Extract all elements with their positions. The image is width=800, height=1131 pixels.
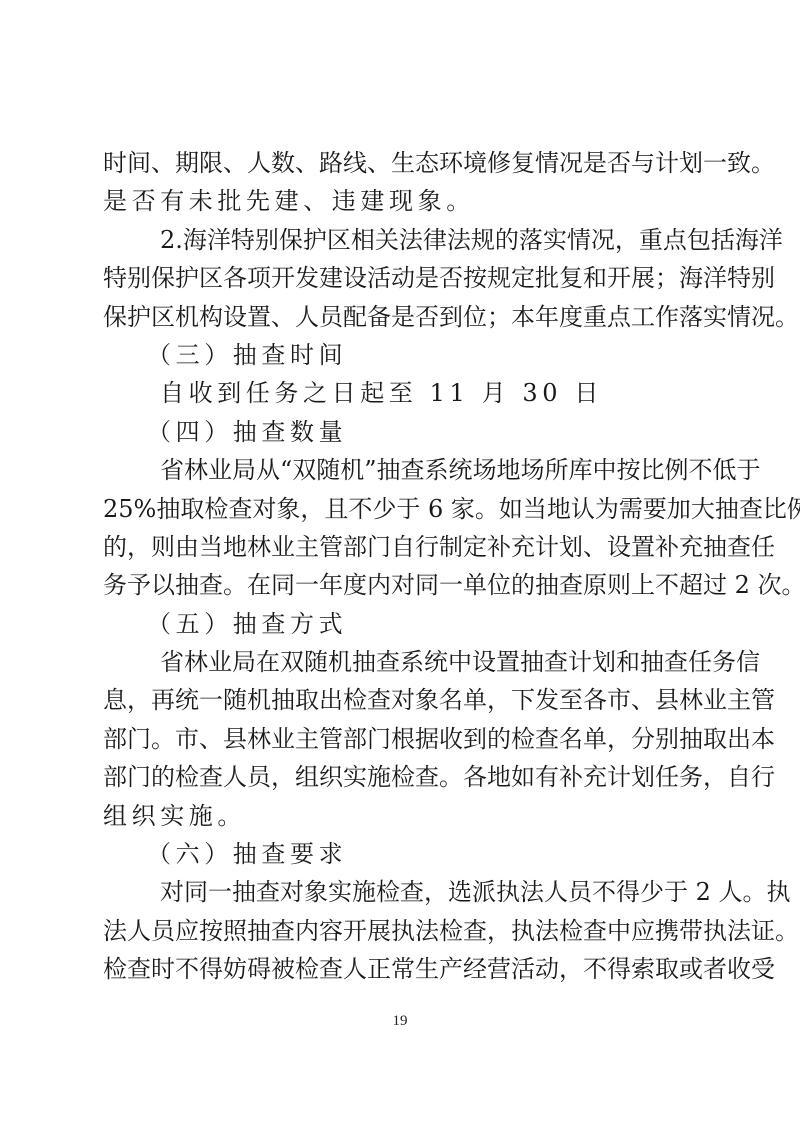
text-line: 自收到任务之日起至 11 月 30 日 <box>103 374 709 412</box>
section-heading-method: （五）抽查方式 <box>103 605 709 643</box>
text-line: 特别保护区各项开发建设活动是否按规定批复和开展；海洋特别 <box>103 259 709 297</box>
document-page: 时间、期限、人数、路线、生态环境修复情况是否与计划一致。 是否有未批先建、违建现… <box>103 144 709 989</box>
section-heading-requirements: （六）抽查要求 <box>103 835 709 873</box>
text-line: 法人员应按照抽查内容开展执法检查，执法检查中应携带执法证。 <box>103 912 709 950</box>
text-line: 对同一抽查对象实施检查，选派执法人员不得少于 2 人。执 <box>103 873 709 911</box>
text-line: 部门。市、县林业主管部门根据收到的检查名单，分别抽取出本 <box>103 720 709 758</box>
text-line: 25%抽取检查对象，且不少于 6 家。如当地认为需要加大抽查比例 <box>103 490 709 528</box>
text-line: 的，则由当地林业主管部门自行制定补充计划、设置补充抽查任 <box>103 528 709 566</box>
text-line: 部门的检查人员，组织实施检查。各地如有补充计划任务，自行 <box>103 758 709 796</box>
section-heading-quantity: （四）抽查数量 <box>103 413 709 451</box>
text-line: 息，再统一随机抽取出检查对象名单，下发至各市、县林业主管 <box>103 681 709 719</box>
text-line: 是否有未批先建、违建现象。 <box>103 182 709 220</box>
text-line: 时间、期限、人数、路线、生态环境修复情况是否与计划一致。 <box>103 144 709 182</box>
text-line: 保护区机构设置、人员配备是否到位；本年度重点工作落实情况。 <box>103 298 709 336</box>
text-line: 务予以抽查。在同一年度内对同一单位的抽查原则上不超过 2 次。 <box>103 566 709 604</box>
section-heading-time: （三）抽查时间 <box>103 336 709 374</box>
text-line: 省林业局从“双随机”抽查系统场地场所库中按比例不低于 <box>103 451 709 489</box>
text-line: 组织实施。 <box>103 797 709 835</box>
text-line: 省林业局在双随机抽查系统中设置抽查计划和抽查任务信 <box>103 643 709 681</box>
text-line: 检查时不得妨碍被检查人正常生产经营活动，不得索取或者收受 <box>103 950 709 988</box>
text-line: 2.海洋特别保护区相关法律法规的落实情况，重点包括海洋 <box>103 221 709 259</box>
page-number: 19 <box>0 1013 800 1030</box>
